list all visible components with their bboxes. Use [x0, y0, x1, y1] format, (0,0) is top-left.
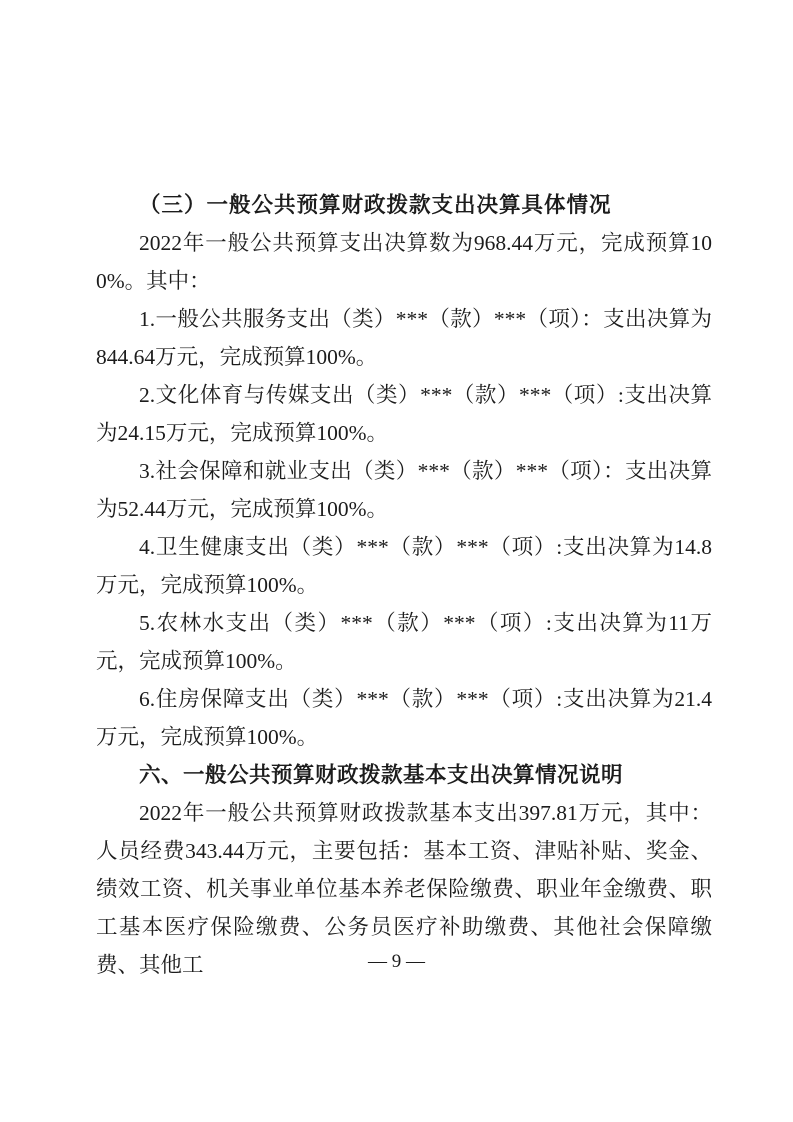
paragraph-total-expenditure: 2022年一般公共预算支出决算数为968.44万元，完成预算100%。其中：	[96, 224, 712, 300]
paragraph-item-6: 6.住房保障支出（类）***（款）***（项）:支出决算为21.4万元，完成预算…	[96, 680, 712, 756]
paragraph-item-4: 4.卫生健康支出（类）***（款）***（项）:支出决算为14.8万元，完成预算…	[96, 528, 712, 604]
section-heading-three: （三）一般公共预算财政拨款支出决算具体情况	[96, 186, 712, 224]
paragraph-item-1: 1.一般公共服务支出（类）***（款）***（项）：支出决算为844.64万元，…	[96, 300, 712, 376]
paragraph-item-5: 5.农林水支出（类）***（款）***（项）:支出决算为11万元，完成预算100…	[96, 604, 712, 680]
document-page: （三）一般公共预算财政拨款支出决算具体情况 2022年一般公共预算支出决算数为9…	[0, 0, 793, 1122]
paragraph-item-2: 2.文化体育与传媒支出（类）***（款）***（项）:支出决算为24.15万元，…	[96, 376, 712, 452]
section-heading-six: 六、一般公共预算财政拨款基本支出决算情况说明	[96, 756, 712, 794]
page-number: — 9 —	[0, 948, 793, 976]
document-body: （三）一般公共预算财政拨款支出决算具体情况 2022年一般公共预算支出决算数为9…	[96, 186, 712, 984]
paragraph-item-3: 3.社会保障和就业支出（类）***（款）***（项）：支出决算为52.44万元，…	[96, 452, 712, 528]
